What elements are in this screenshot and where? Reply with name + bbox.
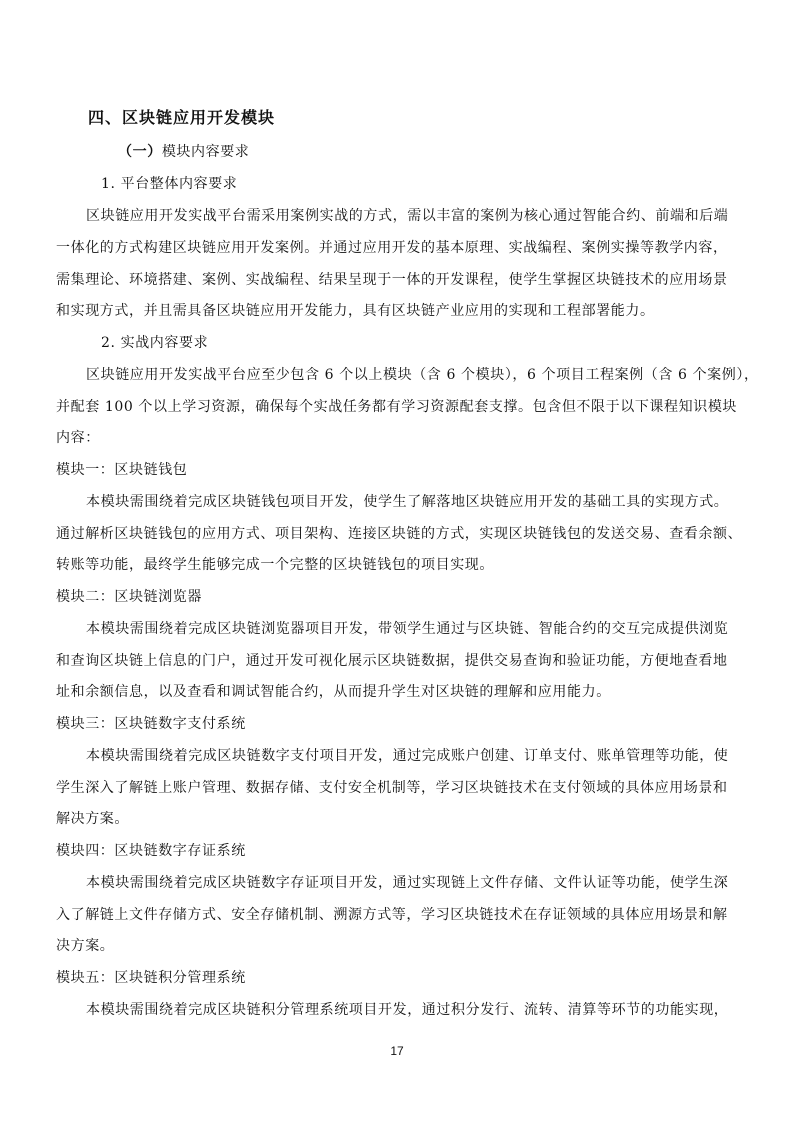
page-number: 17 bbox=[0, 1044, 794, 1058]
paragraph-line: 一体化的方式构建区块链应用开发案例。并通过应用开发的基本原理、实战编程、案例实操… bbox=[56, 238, 728, 258]
paragraph-line: 和查询区块链上信息的门户，通过开发可视化展示区块链数据，提供交易查询和验证功能，… bbox=[56, 651, 728, 671]
module-title: 模块四：区块链数字存证系统 bbox=[56, 841, 246, 861]
paragraph-line: 解决方案。 bbox=[56, 809, 129, 829]
paragraph-line: 本模块需围绕着完成区块链数字存证项目开发，通过实现链上文件存储、文件认证等功能，… bbox=[86, 873, 728, 893]
module-title: 模块一：区块链钱包 bbox=[56, 460, 187, 480]
module-title: 模块五：区块链积分管理系统 bbox=[56, 968, 246, 988]
subsection-number: （一） bbox=[118, 144, 162, 160]
paragraph-line: 决方案。 bbox=[56, 936, 114, 956]
paragraph-line: 本模块需围绕着完成区块链数字支付项目开发，通过完成账户创建、订单支付、账单管理等… bbox=[86, 746, 728, 766]
paragraph-line: 内容： bbox=[56, 428, 100, 448]
item1-title: 1. 平台整体内容要求 bbox=[101, 174, 237, 194]
paragraph-line: 区块链应用开发实战平台需采用案例实战的方式，需以丰富的案例为核心通过智能合约、前… bbox=[86, 206, 728, 226]
section-title: 四、区块链应用开发模块 bbox=[88, 108, 275, 128]
paragraph-line: 并配套 100 个以上学习资源，确保每个实战任务都有学习资源配套支撑。包含但不限… bbox=[56, 397, 737, 417]
paragraph-line: 本模块需围绕着完成区块链钱包项目开发，使学生了解落地区块链应用开发的基础工具的实… bbox=[86, 492, 728, 512]
paragraph-line: 和实现方式，并且需具备区块链应用开发能力，具有区块链产业应用的实现和工程部署能力… bbox=[56, 301, 655, 321]
paragraph-line: 入了解链上文件存储方式、安全存储机制、溯源方式等，学习区块链技术在存证领域的具体… bbox=[56, 905, 728, 925]
module-title: 模块三：区块链数字支付系统 bbox=[56, 714, 246, 734]
paragraph-line: 转账等功能，最终学生能够完成一个完整的区块链钱包的项目实现。 bbox=[56, 555, 494, 575]
paragraph-line: 需集理论、环境搭建、案例、实战编程、结果呈现于一体的开发课程，使学生掌握区块链技… bbox=[56, 270, 728, 290]
paragraph-line: 本模块需围绕着完成区块链浏览器项目开发，带领学生通过与区块链、智能合约的交互完成… bbox=[86, 619, 728, 639]
module-title: 模块二：区块链浏览器 bbox=[56, 587, 202, 607]
paragraph-line: 本模块需围绕着完成区块链积分管理系统项目开发，通过积分发行、流转、清算等环节的功… bbox=[86, 1000, 728, 1020]
paragraph-line: 址和余额信息，以及查看和调试智能合约，从而提升学生对区块链的理解和应用能力。 bbox=[56, 682, 611, 702]
document-page: 四、区块链应用开发模块 （一）模块内容要求 1. 平台整体内容要求 区块链应用开… bbox=[0, 0, 794, 1122]
item2-title: 2. 实战内容要求 bbox=[101, 333, 208, 353]
paragraph-line: 区块链应用开发实战平台应至少包含 6 个以上模块（含 6 个模块），6 个项目工… bbox=[86, 365, 759, 385]
paragraph-line: 学生深入了解链上账户管理、数据存储、支付安全机制等，学习区块链技术在支付领域的具… bbox=[56, 778, 728, 798]
subsection-title: 模块内容要求 bbox=[162, 144, 250, 160]
subsection-heading: （一）模块内容要求 bbox=[118, 142, 249, 162]
paragraph-line: 通过解析区块链钱包的应用方式、项目架构、连接区块链的方式，实现区块链钱包的发送交… bbox=[56, 524, 742, 544]
